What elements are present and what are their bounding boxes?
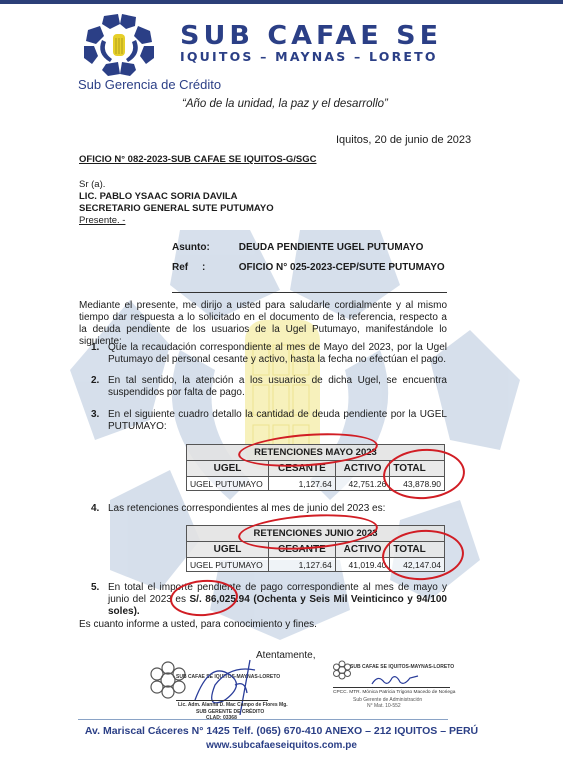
footer-website-link[interactable]: www.subcafaeseiquitos.com.pe [0, 740, 563, 751]
recipient-block: Sr (a). LIC. PABLO YSAAC SORIA DAVILA SE… [79, 179, 274, 227]
left-signature-line [176, 700, 268, 701]
list-item-1: 1. Que la recaudación correspondiente al… [108, 342, 447, 366]
ref-value: OFICIO N° 025-2023-CEP/SUTE PUTUMAYO [239, 262, 445, 273]
brand-subtitle: IQUITOS – MAYNAS – LORETO [180, 50, 438, 63]
asunto-label: Asunto: [172, 242, 236, 253]
left-signer-clad: CLAD: 03368 [206, 715, 237, 721]
list-item-3: 3. En el siguiente cuadro detallo la can… [108, 409, 447, 433]
intro-paragraph: Mediante el presente, me dirijo a usted … [79, 300, 447, 348]
left-stamp-seal-icon [148, 660, 188, 700]
recipient-title: SECRETARIO GENERAL SUTE PUTUMAYO [79, 203, 274, 215]
ref-row: Ref : OFICIO N° 025-2023-CEP/SUTE PUTUMA… [172, 262, 445, 273]
recipient-name: LIC. PABLO YSAAC SORIA DAVILA [79, 191, 274, 203]
asunto-value: DEUDA PENDIENTE UGEL PUTUMAYO [239, 242, 424, 253]
asunto-row: Asunto: DEUDA PENDIENTE UGEL PUTUMAYO [172, 242, 423, 253]
oficio-number: OFICIO N° 082-2023-SUB CAFAE SE IQUITOS-… [79, 154, 316, 165]
footer-divider [78, 719, 448, 720]
right-signature-line [333, 687, 450, 688]
salutation: Sr (a). [79, 179, 274, 191]
department-name: Sub Gerencia de Crédito [78, 77, 221, 92]
year-motto: “Año de la unidad, la paz y el desarroll… [182, 98, 388, 110]
right-signer-name: CPCC. MTR. Mónica Patricia Trigoso Maced… [333, 690, 455, 695]
list-item-4: 4. Las retenciones correspondientes al m… [108, 503, 447, 515]
reference-divider [172, 292, 447, 293]
list-item-2: 2. En tal sentido, la atención a los usu… [108, 375, 447, 399]
brand-title: SUB CAFAE SE [180, 23, 442, 49]
list-item-5: 5. En total el importe pendiente de pago… [108, 582, 447, 618]
top-border [0, 0, 563, 4]
presente: Presente. - [79, 215, 274, 227]
right-stamp-seal-icon [332, 660, 352, 680]
right-signer-mat: N° Mat. 10-552 [367, 703, 401, 709]
left-signer-name: Lic. Adm. Alanna D. Mac Campo de Flores … [178, 702, 288, 708]
right-stamp-org: SUB CAFAE SE IQUITOS-MAYNAS-LORETO [350, 664, 454, 670]
footer-address: Av. Mariscal Cáceres N° 1425 Telf. (065)… [0, 725, 563, 737]
sub-cafae-logo-icon [82, 14, 156, 76]
ref-label: Ref : [172, 262, 236, 273]
right-signature-icon [370, 672, 420, 688]
closing-paragraph: Es cuanto informe a usted, para conocimi… [79, 619, 447, 631]
letter-date: Iquitos, 20 de junio de 2023 [336, 134, 471, 146]
